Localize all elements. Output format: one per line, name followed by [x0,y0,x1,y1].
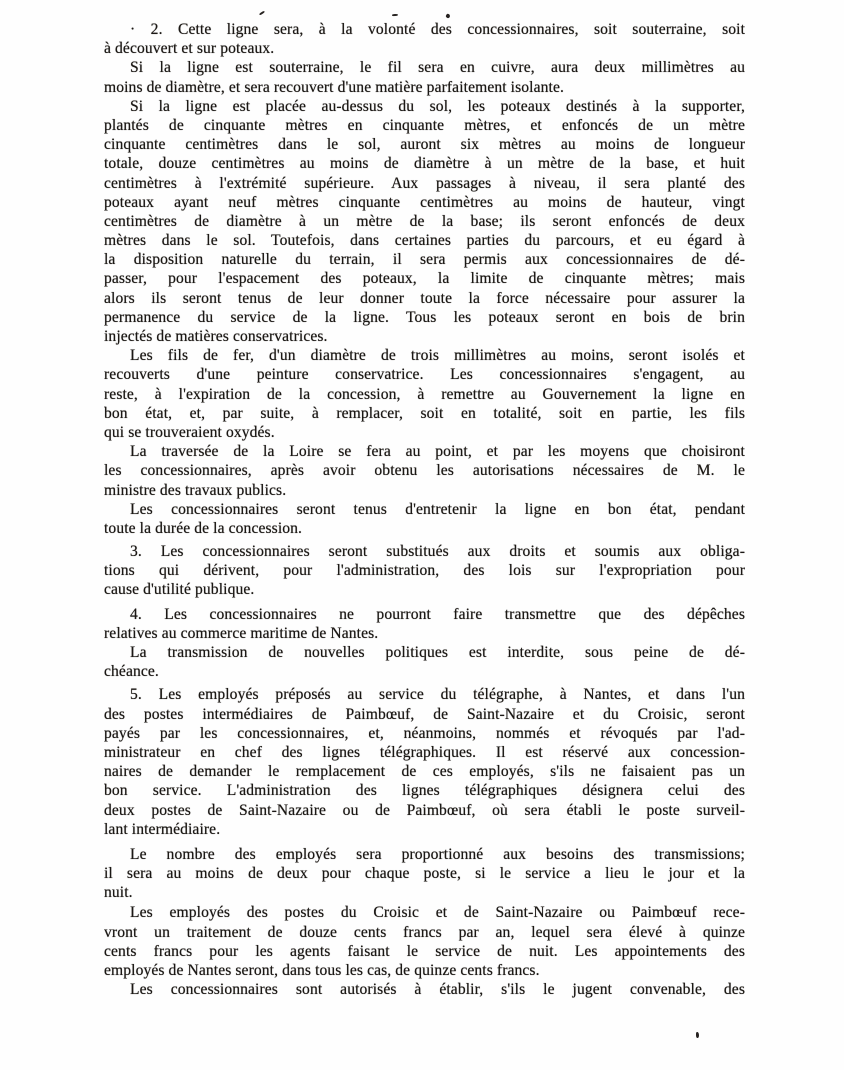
paragraph-article-2-entretien: Les concessionnaires seront tenus d'entr… [104,500,745,538]
paragraph-article-5-traitement: Les employés des postes du Croisic et de… [104,903,745,980]
text-line: cents francs pour les agents faisant le … [104,942,745,961]
text-line: 4. Les concessionnaires ne pourront fair… [104,605,745,624]
paragraph-article-5-autorisation: Les concessionnaires sont autorisés à ét… [104,980,745,999]
text-line: Si la ligne est souterraine, le fil sera… [104,58,745,77]
scan-speck [259,10,265,15]
text-line: moins de diamètre, et sera recouvert d'u… [104,78,745,97]
text-line: vront un traitement de douze cents franc… [104,923,745,942]
text-line: alors ils seront tenus de leur donner to… [104,289,745,308]
text-line: centimètres à l'extrémité supérieure. Au… [104,174,745,193]
text-line: plantés de cinquante mètres en cinquante… [104,116,745,135]
text-line: recouverts d'une peinture conservatrice.… [104,365,745,384]
text-line: qui se trouveraient oxydés. [104,423,745,442]
text-line: deux postes de Saint-Nazaire ou de Paimb… [104,801,745,820]
text-line: la disposition naturelle du terrain, il … [104,250,745,269]
paragraph-article-2-fils-de-fer: Les fils de fer, d'un diamètre de trois … [104,346,745,442]
text-line: 5. Les employés préposés au service du t… [104,685,745,704]
text-line: Les employés des postes du Croisic et de… [104,903,745,922]
scan-speck [392,14,398,17]
text-line: cause d'utilité publique. [104,580,745,599]
document-page: · 2. Cette ligne sera, à la volonté des … [0,0,844,1070]
text-line: bon état, et, par suite, à remplacer, so… [104,404,745,423]
text-line: cinquante centimètres dans le sol, auron… [104,135,745,154]
text-line: des postes intermédiaires de Paimbœuf, d… [104,705,745,724]
text-line: tions qui dérivent, pour l'administratio… [104,561,745,580]
text-line: poteaux ayant neuf mètres cinquante cent… [104,193,745,212]
text-line: 3. Les concessionnaires seront substitué… [104,542,745,561]
text-line: les concessionnaires, après avoir obtenu… [104,461,745,480]
text-line: à découvert et sur poteaux. [104,39,745,58]
text-line: centimètres de diamètre à un mètre de la… [104,212,745,231]
paragraph-article-5-nombre-employes: Le nombre des employés sera proportionné… [104,845,745,903]
text-line: Si la ligne est placée au-dessus du sol,… [104,97,745,116]
text-line: payés par les concessionnaires, et, néan… [104,724,745,743]
text-line: chéance. [104,662,745,681]
text-line: permanence du service de la ligne. Tous … [104,308,745,327]
text-line: Le nombre des employés sera proportionné… [104,845,745,864]
text-line: Les fils de fer, d'un diamètre de trois … [104,346,745,365]
scan-speck [445,13,450,18]
scan-speck [696,1032,699,1038]
text-line: mètres dans le sol. Toutefois, dans cert… [104,231,745,250]
text-line: il sera au moins de deux pour chaque pos… [104,864,745,883]
text-line: ministre des travaux publics. [104,481,745,500]
paragraph-article-4: 4. Les concessionnaires ne pourront fair… [104,605,745,643]
text-line: reste, à l'expiration de la concession, … [104,385,745,404]
text-line: relatives au commerce maritime de Nantes… [104,624,745,643]
text-line: Les concessionnaires sont autorisés à ét… [104,980,745,999]
paragraph-article-4-transmission: La transmission de nouvelles politiques … [104,643,745,681]
text-line: Les concessionnaires seront tenus d'entr… [104,500,745,519]
text-line: ministrateur en chef des lignes télégrap… [104,743,745,762]
text-block: · 2. Cette ligne sera, à la volonté des … [104,20,745,999]
text-line: naires de demander le remplacement de ce… [104,762,745,781]
paragraph-article-2-traversee-loire: La traversée de la Loire se fera au poin… [104,442,745,500]
paragraph-article-2-intro: · 2. Cette ligne sera, à la volonté des … [104,20,745,58]
text-line: bon service. L'administration des lignes… [104,781,745,800]
text-line: employés de Nantes seront, dans tous les… [104,961,745,980]
text-line: toute la durée de la concession. [104,519,745,538]
paragraph-article-2-poteaux: Si la ligne est placée au-dessus du sol,… [104,97,745,346]
paragraph-article-3: 3. Les concessionnaires seront substitué… [104,542,745,600]
paragraph-article-2-souterraine: Si la ligne est souterraine, le fil sera… [104,58,745,96]
text-line: nuit. [104,883,745,902]
text-line: injectés de matières conservatrices. [104,327,745,346]
text-line: La transmission de nouvelles politiques … [104,643,745,662]
text-line: totale, douze centimètres au moins de di… [104,154,745,173]
text-line: passer, pour l'espacement des poteaux, l… [104,269,745,288]
text-line: La traversée de la Loire se fera au poin… [104,442,745,461]
text-line: lant intermédiaire. [104,820,745,839]
paragraph-article-5: 5. Les employés préposés au service du t… [104,685,745,839]
text-line: · 2. Cette ligne sera, à la volonté des … [104,20,745,39]
